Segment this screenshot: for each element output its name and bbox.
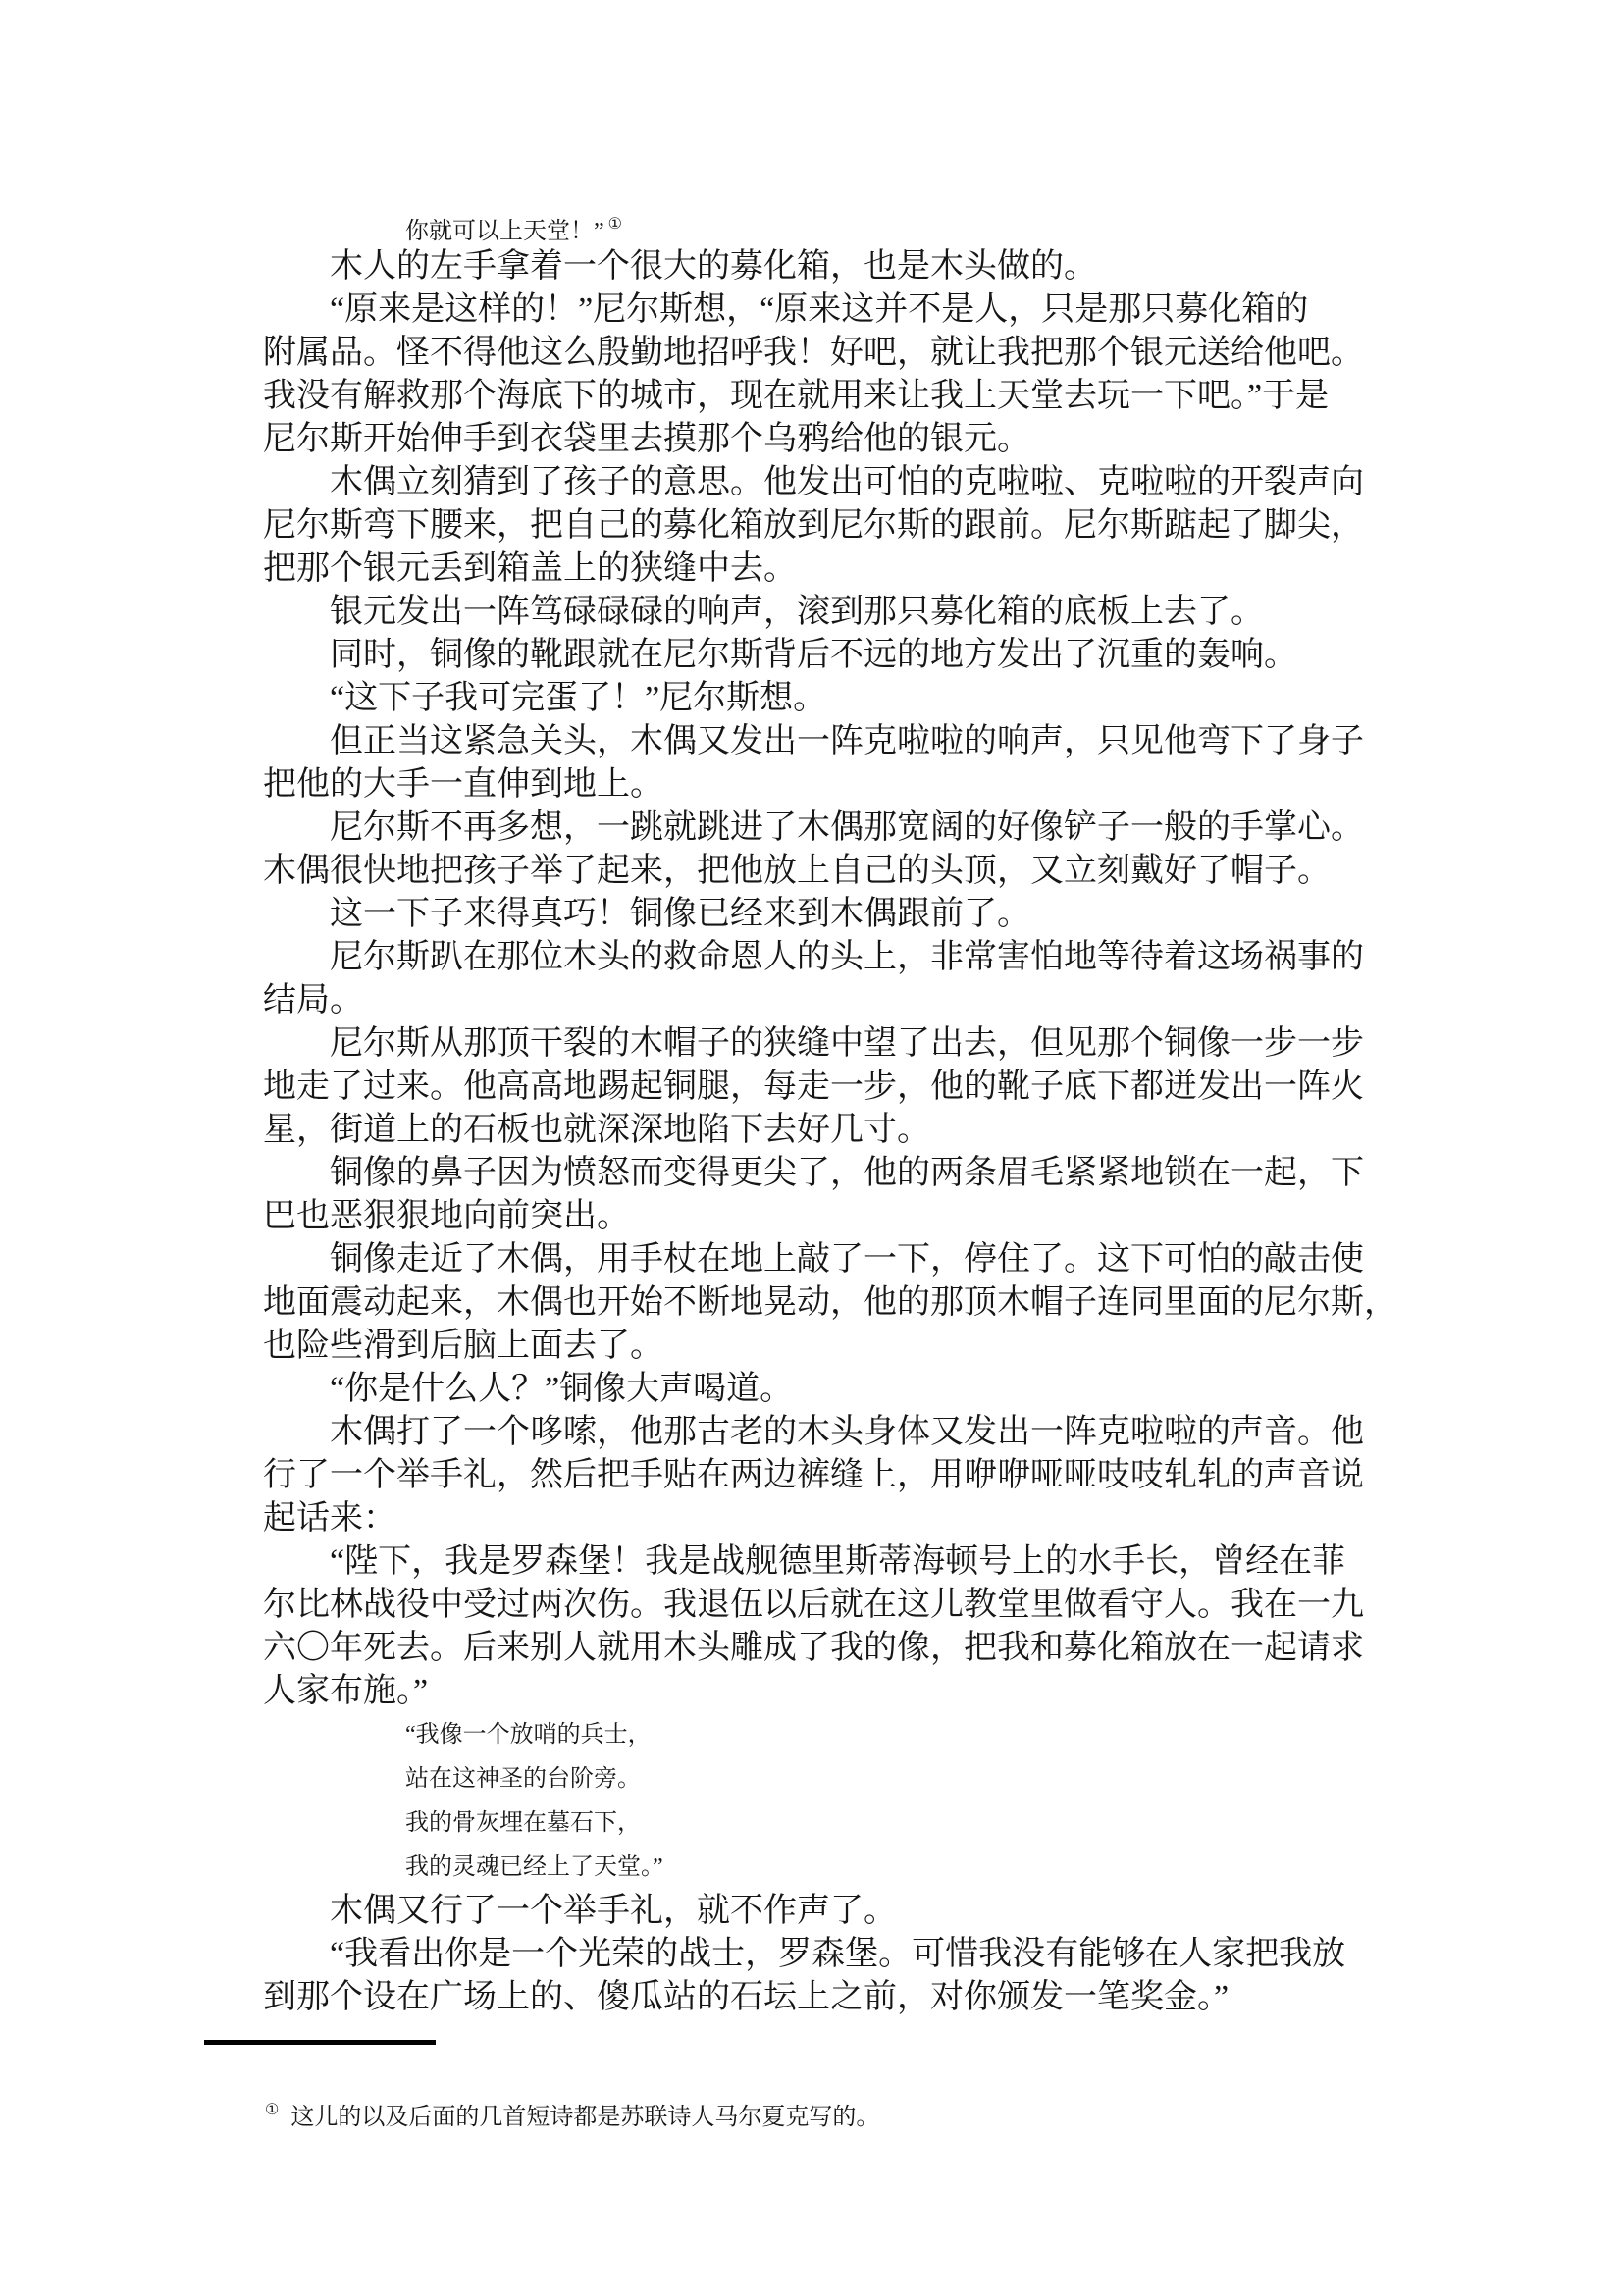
footnote-text: 这儿的以及后面的几首短诗都是苏联诗人马尔夏克写的。 (290, 2105, 879, 2130)
text-line: 附属品。怪不得他这么殷勤地招呼我！好吧，就让我把那个银元送给他吧。 (263, 332, 1391, 375)
text-column: 你就可以上天堂！”①木人的左手拿着一个很大的募化箱，也是木头做的。“原来是这样的… (263, 208, 1391, 2019)
text-line: 把那个银元丢到箱盖上的狭缝中去。 (263, 547, 1391, 591)
poem-line: 你就可以上天堂！”① (263, 208, 1391, 245)
poem-line: 我的灵魂已经上了天堂。” (263, 1846, 1391, 1890)
text-line: 巴也恶狠狠地向前突出。 (263, 1195, 1391, 1238)
poem-line: 站在这神圣的台阶旁。 (263, 1757, 1391, 1801)
text-line: 起话来： (263, 1497, 1391, 1540)
footnote-reference: ① (608, 216, 622, 233)
footnote-divider (204, 2040, 436, 2045)
text-line: “原来是这样的！”尼尔斯想，“原来这并不是人，只是那只募化箱的 (263, 288, 1391, 332)
document-page: 你就可以上天堂！”①木人的左手拿着一个很大的募化箱，也是木头做的。“原来是这样的… (0, 0, 1624, 2294)
text-line: 尼尔斯弯下腰来，把自己的募化箱放到尼尔斯的跟前。尼尔斯踮起了脚尖， (263, 504, 1391, 547)
text-line: 尼尔斯不再多想，一跳就跳进了木偶那宽阔的好像铲子一般的手掌心。 (263, 807, 1391, 850)
text-line: 人家布施。” (263, 1670, 1391, 1713)
text-line: 尼尔斯从那顶干裂的木帽子的狭缝中望了出去，但见那个铜像一步一步 (263, 1022, 1391, 1066)
text-line: 铜像走近了木偶，用手杖在地上敲了一下，停住了。这下可怕的敲击使 (263, 1238, 1391, 1281)
text-line: 但正当这紧急关头，木偶又发出一阵克啦啦的响声，只见他弯下了身子 (263, 720, 1391, 763)
footnote-marker: ① (265, 2102, 279, 2118)
text-line: 星，街道上的石板也就深深地陷下去好几寸。 (263, 1109, 1391, 1152)
text-line: “这下子我可完蛋了！”尼尔斯想。 (263, 677, 1391, 720)
poem-line: “我像一个放哨的兵士， (263, 1713, 1391, 1757)
text-line: “陛下，我是罗森堡！我是战舰德里斯蒂海顿号上的水手长，曾经在菲 (263, 1540, 1391, 1584)
text-line: 也险些滑到后脑上面去了。 (263, 1325, 1391, 1368)
text-line: 木偶很快地把孩子举了起来，把他放上自己的头顶，又立刻戴好了帽子。 (263, 850, 1391, 893)
text-line: “我看出你是一个光荣的战士，罗森堡。可惜我没有能够在人家把我放 (263, 1933, 1391, 1976)
text-line: 木偶又行了一个举手礼，就不作声了。 (263, 1890, 1391, 1933)
text-line: 尼尔斯趴在那位木头的救命恩人的头上，非常害怕地等待着这场祸事的 (263, 936, 1391, 979)
text-line: 地走了过来。他高高地踢起铜腿，每走一步，他的靴子底下都迸发出一阵火 (263, 1066, 1391, 1109)
text-line: 我没有解救那个海底下的城市，现在就用来让我上天堂去玩一下吧。”于是 (263, 375, 1391, 418)
text-line: 六〇年死去。后来别人就用木头雕成了我的像，把我和募化箱放在一起请求 (263, 1627, 1391, 1670)
text-line: 行了一个举手礼，然后把手贴在两边裤缝上，用咿咿哑哑吱吱轧轧的声音说 (263, 1454, 1391, 1497)
text-line: 尔比林战役中受过两次伤。我退伍以后就在这儿教堂里做看守人。我在一九 (263, 1584, 1391, 1627)
text-line: 这一下子来得真巧！铜像已经来到木偶跟前了。 (263, 893, 1391, 936)
text-line: “你是什么人？”铜像大声喝道。 (263, 1368, 1391, 1411)
poem-line: 我的骨灰埋在墓石下， (263, 1801, 1391, 1846)
text-line: 木偶打了一个哆嗦，他那古老的木头身体又发出一阵克啦啦的声音。他 (263, 1411, 1391, 1454)
text-line: 尼尔斯开始伸手到衣袋里去摸那个乌鸦给他的银元。 (263, 418, 1391, 461)
text-line: 银元发出一阵笃碌碌碌的响声，滚到那只募化箱的底板上去了。 (263, 591, 1391, 634)
text-line: 地面震动起来，木偶也开始不断地晃动，他的那顶木帽子连同里面的尼尔斯， (263, 1281, 1391, 1325)
text-line: 把他的大手一直伸到地上。 (263, 763, 1391, 807)
text-line: 到那个设在广场上的、傻瓜站的石坛上之前，对你颁发一笔奖金。” (263, 1976, 1391, 2019)
text-line: 铜像的鼻子因为愤怒而变得更尖了，他的两条眉毛紧紧地锁在一起，下 (263, 1152, 1391, 1195)
text-line: 木偶立刻猜到了孩子的意思。他发出可怕的克啦啦、克啦啦的开裂声向 (263, 461, 1391, 504)
footnote: ①这儿的以及后面的几首短诗都是苏联诗人马尔夏克写的。 (241, 2060, 1370, 2167)
text-line: 结局。 (263, 979, 1391, 1022)
text-line: 木人的左手拿着一个很大的募化箱，也是木头做的。 (263, 245, 1391, 288)
text-line: 同时，铜像的靴跟就在尼尔斯背后不远的地方发出了沉重的轰响。 (263, 634, 1391, 677)
